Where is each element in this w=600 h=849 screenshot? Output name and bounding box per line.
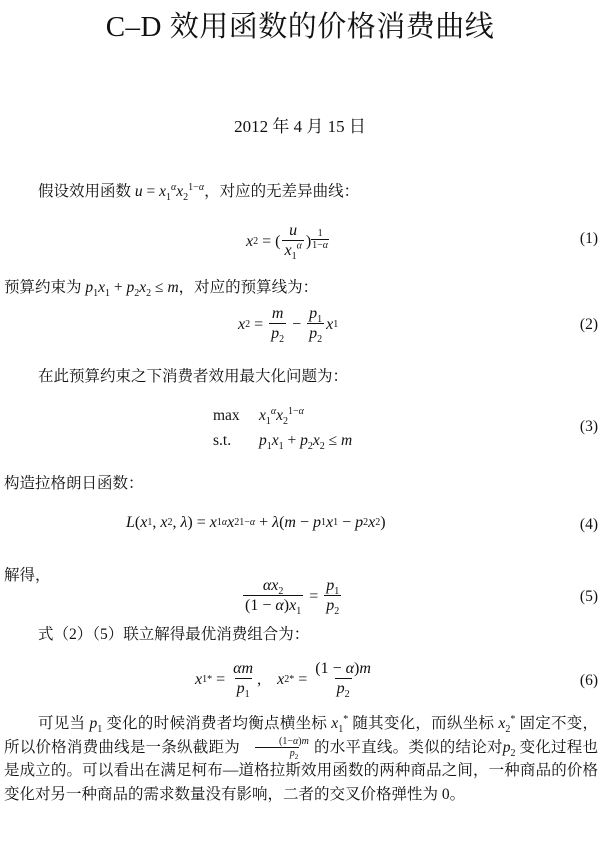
document-title: C–D 效用函数的价格消费曲线 xyxy=(0,4,600,45)
paragraph-maximization: 在此预算约束之下消费者效用最大化问题为： xyxy=(38,366,348,388)
text: 固定 xyxy=(519,715,551,732)
equation-6: x1* = αmp1, x2* = (1 − α)mp2 xyxy=(195,660,375,699)
text: 变化的时候消费者均衡点横坐标 xyxy=(106,715,327,732)
paragraph-lagrangian: 构造拉格朗日函数： xyxy=(4,473,144,495)
equation-5: αx2(1 − α)x1 = p1p2 xyxy=(241,577,343,616)
inline-utility-formula: u xyxy=(135,183,143,200)
text: 预算约束为 xyxy=(4,279,82,296)
st-label: s.t. xyxy=(213,428,259,453)
paragraph-combine: 式（2）（5）联立解得最优消费组合为： xyxy=(38,624,309,646)
equation-2: x2 = mp2 − p1p2x1 xyxy=(238,305,338,344)
equation-number-1: (1) xyxy=(580,230,598,248)
equation-number-5: (5) xyxy=(580,588,598,606)
text: 的水平直线。类似的结论对 xyxy=(314,739,503,756)
text: 可见当 xyxy=(38,715,85,732)
inline-fraction: (1−α)mp2 xyxy=(244,736,310,759)
equation-number-6: (6) xyxy=(580,672,598,690)
paragraph-solved: 解得， xyxy=(4,565,51,587)
paragraph-utility: 假设效用函数 u = x1αx21−α，对应的无差异曲线： xyxy=(38,181,359,203)
paragraph-budget: 预算约束为 p1x1 + p2x2 ≤ m，对应的预算线为： xyxy=(4,277,318,299)
text: ，对应的预算线为： xyxy=(179,279,319,296)
document-date: 2012 年 4 月 15 日 xyxy=(0,112,600,137)
equation-4: L(x1, x2, λ) = x1αx21−α + λ(m − p1x1 − p… xyxy=(126,514,386,532)
equation-number-4: (4) xyxy=(580,516,598,534)
equation-1: x2 = ( ux1α)11−α xyxy=(246,222,329,261)
text: 随其变化，而纵坐标 xyxy=(352,715,494,732)
text: ，对应的无差异曲线： xyxy=(204,183,359,200)
paragraph-conclusion: 可见当 p1 变化的时候消费者均衡点横坐标 x1* 随其变化，而纵坐标 x2* … xyxy=(4,712,598,806)
text: 格弹性为 0。 xyxy=(376,786,465,803)
equation-number-2: (2) xyxy=(580,316,598,334)
equation-number-3: (3) xyxy=(580,418,598,436)
max-label: max xyxy=(213,403,259,428)
equation-3: maxx1αx21−α s.t.p1x1 + p2x2 ≤ m xyxy=(213,403,352,453)
text: 假设效用函数 xyxy=(38,183,131,200)
